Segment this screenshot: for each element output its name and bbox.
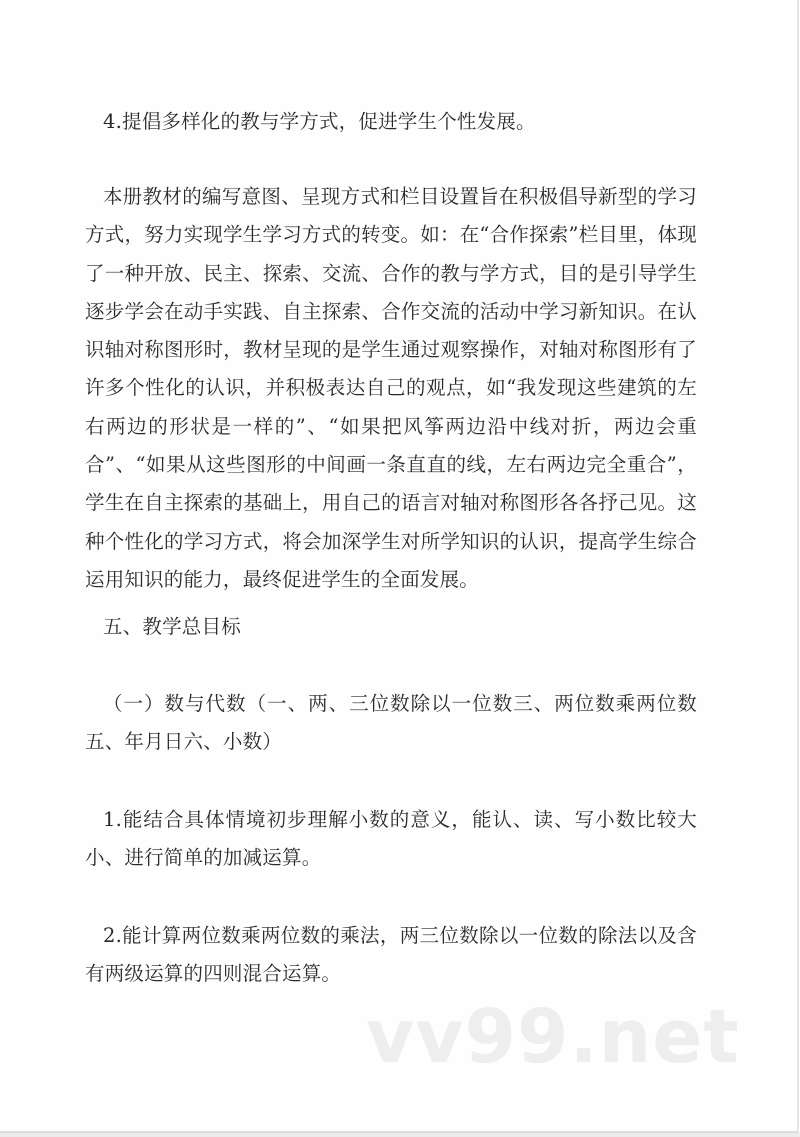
paragraph-textbook-design-intent: 本册教材的编写意图、呈现方式和栏目设置旨在积极倡导新型的学习方式，努力实现学生学… (85, 178, 697, 599)
goal-item-2: 2.能计算两位数乘两位数的乘法，两三位数除以一位数的除法以及含有两级运算的四则混… (85, 917, 697, 994)
watermark: vv99.net (366, 1000, 740, 1074)
page-bottom-edge (0, 1133, 800, 1137)
section-heading-teaching-goals: 五、教学总目标 (85, 608, 697, 646)
goal-item-1: 1.能结合具体情境初步理解小数的意义，能认、读、写小数比较大小、进行简单的加减运… (85, 801, 697, 878)
subsection-heading-numbers-algebra: （一）数与代数（一、两、三位数除以一位数三、两位数乘两位数五、年月日六、小数） (85, 685, 697, 762)
document-page: 4.提倡多样化的教与学方式，促进学生个性发展。 本册教材的编写意图、呈现方式和栏… (0, 0, 799, 1133)
paragraph-list-item-4: 4.提倡多样化的教与学方式，促进学生个性发展。 (85, 103, 697, 141)
